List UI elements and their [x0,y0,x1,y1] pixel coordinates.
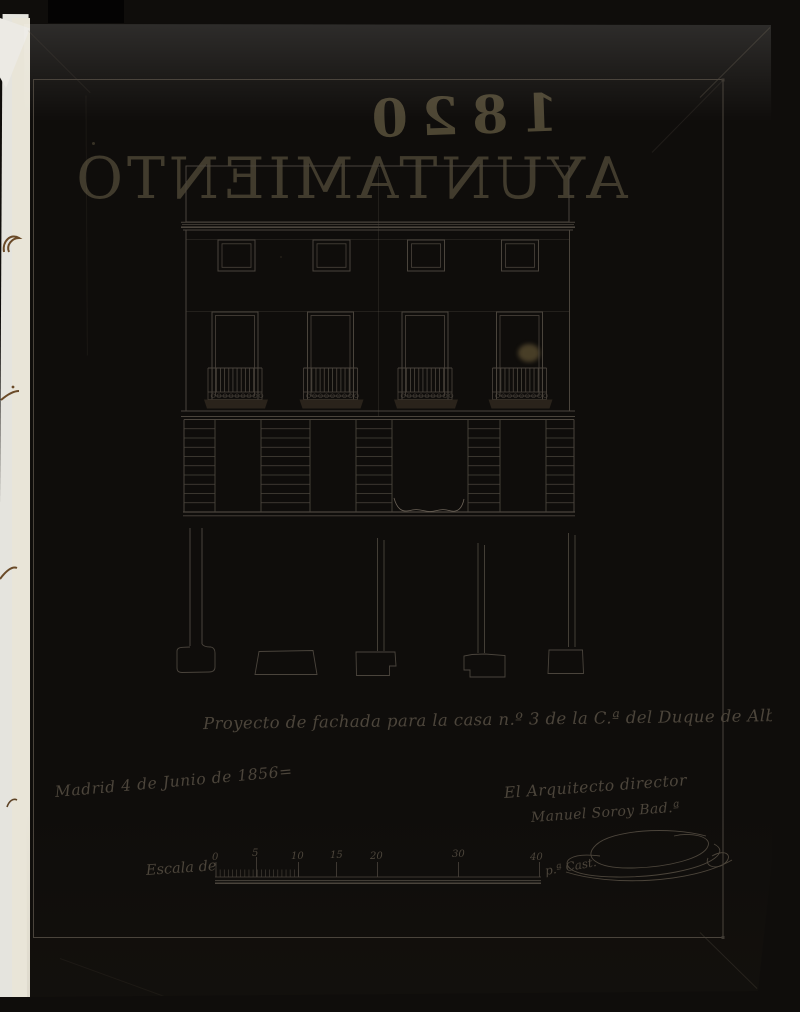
scale-tick-label-40: 40 [530,852,543,863]
entrance-threshold-sketch [394,498,464,512]
parapet [186,166,569,222]
rusticated-pier [546,420,574,513]
balcony-slab [204,400,268,409]
balcony-window [308,312,354,400]
main-cornice [181,222,575,230]
balcony-slab [300,400,364,409]
scale-tick-label-10: 10 [291,851,304,862]
facade-drawing [0,0,800,1012]
facade-elevation [181,168,575,417]
balcony-window [497,312,543,400]
foundation-sections [177,528,584,677]
archived-plan-scan: 1820 AYUNTAMIENTO Proyecto de fachada pa… [0,0,800,1012]
balcony-window [402,312,448,400]
scale-tick-label-30: 30 [452,849,465,860]
rusticated-pier [184,420,215,513]
rusticated-pier [261,420,310,513]
attic-window [218,240,255,271]
ground-floor [183,420,575,516]
balcony-slab [489,400,553,409]
attic-window [313,240,350,271]
attic-window [408,240,445,271]
scale-tick-label-0: 0 [212,852,218,863]
attic-window [502,240,539,271]
scale-tick-label-15: 15 [330,850,343,861]
rusticated-pier [356,420,392,513]
drawing-sheet: 1820 AYUNTAMIENTO Proyecto de fachada pa… [0,0,800,1012]
scale-tick-label-20: 20 [370,851,383,862]
scale-tick-label-5: 5 [252,848,258,859]
balcony-window [212,312,258,400]
balcony-slab [394,400,458,409]
rusticated-pier [468,420,500,513]
